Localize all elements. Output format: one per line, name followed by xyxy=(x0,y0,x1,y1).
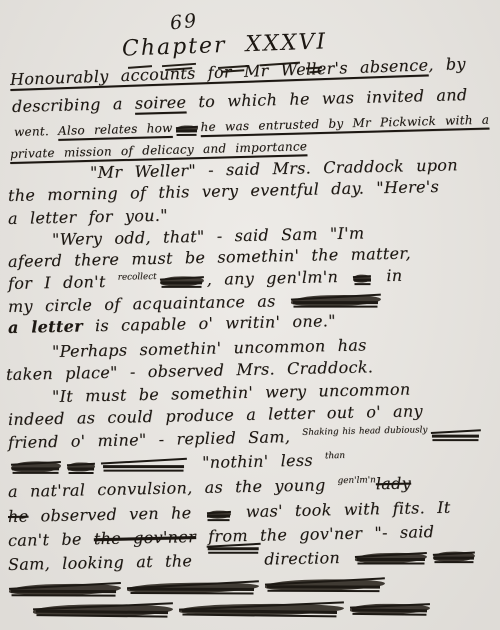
scribble-deletion xyxy=(433,551,475,562)
text-segment: the morning of this very eventful day. "… xyxy=(8,177,439,205)
manuscript-line xyxy=(30,597,433,620)
underlined-text: private mission of delicacy and importan… xyxy=(10,139,308,161)
text-segment: "nothin' less xyxy=(190,450,325,472)
manuscript-line: a nat'ral convulsion, as the young gen'l… xyxy=(8,474,411,501)
text-segment: Sam, looking at the xyxy=(8,551,205,574)
text-segment: , any gen'lm'n xyxy=(206,267,350,289)
scribble-deletion xyxy=(33,604,173,617)
page-number: 69 xyxy=(169,10,199,35)
scribble-deletion xyxy=(127,582,259,594)
text-segment: friend o' mine" - replied Sam, xyxy=(8,427,303,452)
underlined-text: Honourably accounts for Mr Weller's abse… xyxy=(10,55,429,89)
scribble-deletion xyxy=(291,294,381,307)
scribble-deletion xyxy=(160,276,204,287)
struck-text: lady xyxy=(376,474,412,494)
underlined-text: Also relates how xyxy=(58,121,173,138)
text-segment: for I don't xyxy=(8,272,118,293)
text-segment: to which he was invited and xyxy=(186,85,468,111)
text-segment: direction xyxy=(264,548,352,569)
scribble-deletion xyxy=(355,552,427,564)
text-segment: describing a xyxy=(12,94,135,116)
manuscript-line: he observed ven he was' took with fits. … xyxy=(8,498,451,526)
text-segment: was' took with fits. It xyxy=(233,498,450,522)
scribble-deletion xyxy=(207,510,231,519)
manuscript-line xyxy=(6,573,388,599)
text-segment: observed ven he xyxy=(28,503,204,526)
manuscript-line: a letter for you." xyxy=(8,206,168,228)
text-segment: is capable o' writin' one." xyxy=(83,311,336,335)
text-segment: "Perhaps somethin' uncommon has xyxy=(52,335,367,361)
struck-text: the gov'ner xyxy=(94,527,197,548)
underlined-text: soiree xyxy=(135,92,187,112)
text-segment: taken place" - observed Mrs. Craddock. xyxy=(6,357,374,384)
scribble-deletion xyxy=(101,458,187,471)
manuscript-page: 69 Chapter XXXVI Honourably accounts for… xyxy=(0,0,500,630)
manuscript-line: Sam, looking at the direction xyxy=(8,545,479,574)
text-segment: a letter xyxy=(8,316,83,337)
manuscript-line: a letter is capable o' writin' one." xyxy=(8,311,336,337)
synopsis-line: private mission of delicacy and importan… xyxy=(10,139,308,161)
manuscript-line: the morning of this very eventful day. "… xyxy=(8,177,439,205)
scribble-deletion xyxy=(67,462,95,472)
text-segment: went. xyxy=(14,124,58,139)
text-segment: can't be xyxy=(8,529,94,550)
scribble-deletion xyxy=(353,274,371,282)
scribble-deletion xyxy=(265,578,385,591)
scribble-deletion xyxy=(176,125,198,133)
chapter-heading: Chapter XXXVI xyxy=(122,29,328,61)
scribble-deletion xyxy=(11,461,61,473)
scribble-deletion xyxy=(430,429,480,440)
manuscript-line: "nothin' less than xyxy=(8,450,346,476)
struck-text: he xyxy=(8,507,29,526)
text-segment: a letter for you." xyxy=(8,206,168,228)
manuscript-line: taken place" - observed Mrs. Craddock. xyxy=(6,357,374,384)
text-segment: in xyxy=(374,266,403,286)
synopsis-line: Honourably accounts for Mr Weller's abse… xyxy=(10,54,466,89)
synopsis-line: went. Also relates howhe was entrusted b… xyxy=(14,113,490,139)
inserted-text: than xyxy=(325,451,345,461)
scribble-deletion xyxy=(9,583,121,596)
scribble-deletion xyxy=(179,603,344,615)
underlined-text: he was entrusted by Mr Pickwick with a xyxy=(200,113,489,135)
text-segment: a nat'ral convulsion, as the young xyxy=(8,475,338,501)
synopsis-line: describing a soiree to which he was invi… xyxy=(12,85,468,116)
manuscript-line: for I don't recollect, any gen'lm'n in xyxy=(8,266,403,293)
inserted-text: gen'lm'n xyxy=(337,475,375,486)
text-segment: , by xyxy=(428,54,466,74)
scribble-deletion xyxy=(350,604,430,615)
inserted-text: Shaking his head dubiously xyxy=(302,425,427,438)
scribble-deletion xyxy=(207,543,261,551)
inserted-text: recollect xyxy=(118,272,157,283)
manuscript-line: "Perhaps somethin' uncommon has xyxy=(52,335,367,361)
